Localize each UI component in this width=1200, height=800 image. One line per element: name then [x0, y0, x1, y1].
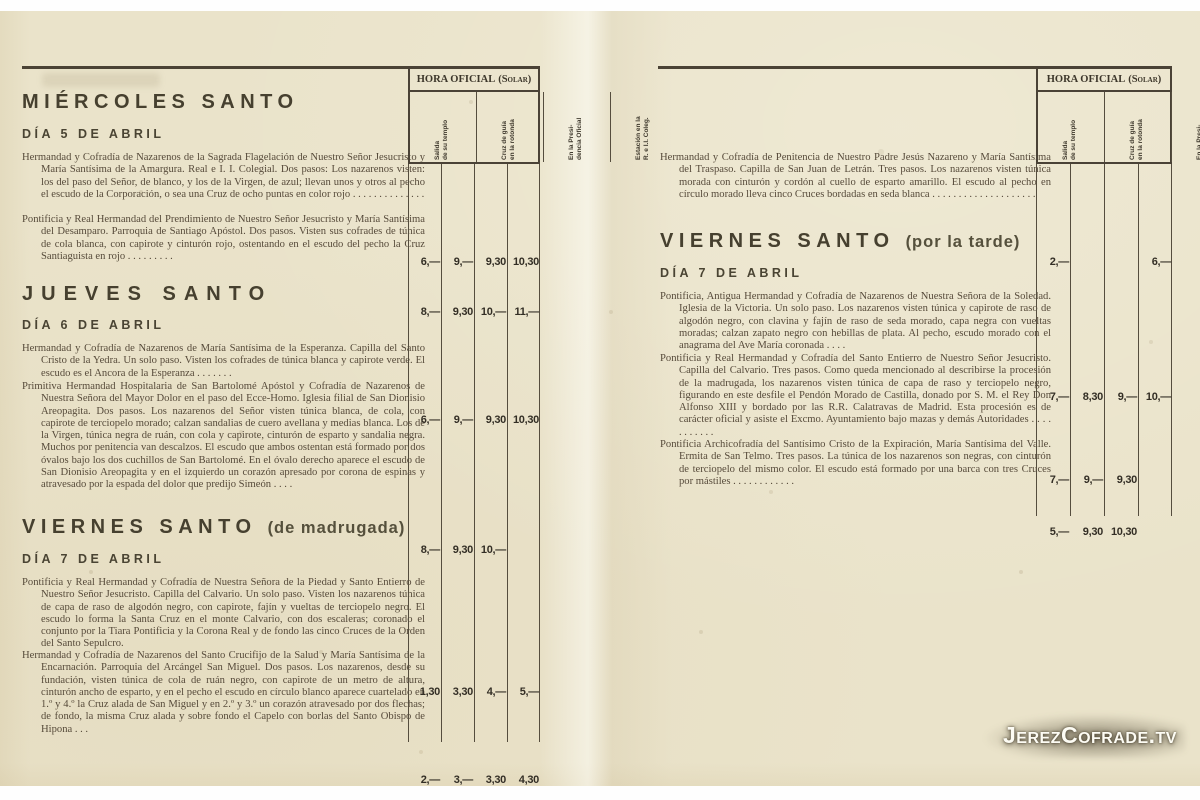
- column-header-presidencia: En la Presi-dencia Oficial: [544, 92, 611, 162]
- column-divider: [507, 164, 508, 742]
- procession-paragraph-flagelacion: Hermandad y Cofradía de Nazarenos de la …: [22, 152, 425, 201]
- time-cell: 10,30: [507, 413, 540, 427]
- column-header-presidencia: En la Presi-dencia Oficial: [1172, 92, 1200, 162]
- time-cell: [1104, 255, 1138, 269]
- time-cell: 6,—: [408, 413, 441, 427]
- heading-viernes-santo-tarde: VIERNES SANTO (por la tarde): [660, 231, 1032, 251]
- time-cell: 6,—: [408, 255, 441, 269]
- time-cell: 5,—: [507, 685, 540, 699]
- time-cell: 9,30: [441, 305, 474, 319]
- table-body-left: [408, 164, 540, 742]
- time-cell: 1,30: [408, 685, 441, 699]
- time-cell: [1138, 473, 1172, 487]
- hora-oficial-table-left: HORA OFICIAL (Solar) Salidade su templo …: [408, 66, 540, 742]
- column-divider: [1070, 164, 1071, 516]
- procession-paragraph-soledad: Pontificia, Antigua Hermandad y Cofradía…: [660, 291, 1051, 352]
- date-5-abril: DÍA 5 DE ABRIL: [22, 128, 406, 141]
- procession-paragraph-mayor-dolor: Primitiva Hermandad Hospitalaria de San …: [22, 381, 425, 492]
- time-cell: 3,—: [441, 773, 474, 787]
- column-divider: [474, 164, 475, 742]
- hora-oficial-header-left: HORA OFICIAL (Solar): [408, 66, 540, 92]
- time-cell: 7,—: [1036, 473, 1070, 487]
- heading-viernes-tarde-suffix: (por la tarde): [906, 233, 1021, 251]
- time-cell: 9,30: [441, 543, 474, 557]
- heading-viernes-santo-madrugada: VIERNES SANTO (de madrugada): [22, 517, 406, 537]
- time-cell: 9,30: [474, 413, 507, 427]
- date-6-abril: DÍA 6 DE ABRIL: [22, 319, 406, 332]
- time-cell: 9,—: [441, 413, 474, 427]
- watermark-jerezcofrade: JerezCofrade.tv: [985, 714, 1185, 758]
- column-header-cruz-guia: Cruz de guíaen la rotonda: [1105, 92, 1172, 162]
- time-cell: 9,—: [1070, 473, 1104, 487]
- column-divider: [1104, 164, 1105, 516]
- time-cell: 10,30: [1104, 525, 1138, 539]
- heading-viernes-text: VIERNES SANTO: [22, 516, 257, 538]
- show-through-smudge: [42, 73, 160, 87]
- table-body-right: [1036, 164, 1172, 516]
- time-cell: 9,30: [1104, 473, 1138, 487]
- time-cell: 9,30: [1070, 525, 1104, 539]
- column-divider: [441, 164, 442, 742]
- time-cell: 10,—: [474, 543, 507, 557]
- time-cell: 8,—: [408, 543, 441, 557]
- column-header-salida: Salidade su templo: [1038, 92, 1105, 162]
- procession-paragraph-esperanza: Hermandad y Cofradía de Nazarenos de Mar…: [22, 343, 425, 380]
- column-headers-left: Salidade su templo Cruz de guíaen la rot…: [408, 92, 540, 164]
- hora-oficial-table-right: HORA OFICIAL (Solar) Salidade su templo …: [1036, 66, 1172, 516]
- time-cell: 6,—: [1138, 255, 1172, 269]
- column-header-salida: Salidade su templo: [410, 92, 477, 162]
- time-cell: 11,—: [507, 305, 540, 319]
- time-cell: 8,30: [1070, 390, 1104, 404]
- time-cell: 8,—: [408, 305, 441, 319]
- heading-miercoles-santo: MIÉRCOLES SANTO: [22, 92, 406, 112]
- column-header-cruz-guia: Cruz de guíaen la rotonda: [477, 92, 544, 162]
- time-cell: 9,—: [441, 255, 474, 269]
- date-7-abril-right: DÍA 7 DE ABRIL: [660, 267, 1032, 280]
- hora-oficial-header-right: HORA OFICIAL (Solar): [1036, 66, 1172, 92]
- time-cell: 3,30: [441, 685, 474, 699]
- time-cell: 10,—: [474, 305, 507, 319]
- hora-oficial-solar: (Solar): [1128, 74, 1161, 85]
- time-cell: 2,—: [1036, 255, 1070, 269]
- time-cell: 3,30: [474, 773, 507, 787]
- heading-viernes-suffix: (de madrugada): [268, 519, 406, 537]
- time-cell: 2,—: [408, 773, 441, 787]
- procession-paragraph-crucifijo-salud: Hermandad y Cofradía de Nazarenos del Sa…: [22, 650, 425, 736]
- hora-oficial-title: HORA OFICIAL: [1047, 74, 1125, 85]
- heading-jueves-santo: JUEVES SANTO: [22, 284, 406, 304]
- paper-speckles: [0, 11, 2, 13]
- procession-paragraph-santo-entierro: Pontificia y Real Hermandad y Cofradía d…: [660, 353, 1051, 439]
- time-cell: [1070, 255, 1104, 269]
- time-cell: 9,30: [474, 255, 507, 269]
- procession-paragraph-prendimiento: Pontificia y Real Hermandad del Prendimi…: [22, 214, 425, 263]
- time-cell: [507, 543, 540, 557]
- booklet-scan: MIÉRCOLES SANTO DÍA 5 DE ABRIL Hermandad…: [0, 11, 1200, 786]
- heading-viernes-tarde-text: VIERNES SANTO: [660, 230, 895, 252]
- time-cell: 7,—: [1036, 390, 1070, 404]
- time-cell: 4,—: [474, 685, 507, 699]
- time-cell: [1138, 525, 1172, 539]
- time-cell: 9,—: [1104, 390, 1138, 404]
- watermark-text: JerezCofrade.tv: [1003, 723, 1177, 747]
- procession-paragraph-traspaso: Hermandad y Cofradía de Penitencia de Nu…: [660, 152, 1051, 201]
- hora-oficial-title: HORA OFICIAL: [417, 74, 495, 85]
- time-cell: 10,—: [1138, 390, 1172, 404]
- time-cell: 5,—: [1036, 525, 1070, 539]
- date-7-abril-left: DÍA 7 DE ABRIL: [22, 553, 406, 566]
- procession-paragraph-piedad: Pontificia y Real Hermandad y Cofradía d…: [22, 577, 425, 651]
- screenshot-stage: MIÉRCOLES SANTO DÍA 5 DE ABRIL Hermandad…: [0, 0, 1200, 800]
- procession-paragraph-expiracion: Pontificia Archicofradía del Santísimo C…: [660, 439, 1051, 488]
- hora-oficial-solar: (Solar): [498, 74, 531, 85]
- time-cell: 4,30: [507, 773, 540, 787]
- column-headers-right: Salidade su templo Cruz de guíaen la rot…: [1036, 92, 1172, 164]
- time-cell: 10,30: [507, 255, 540, 269]
- column-divider: [1138, 164, 1139, 516]
